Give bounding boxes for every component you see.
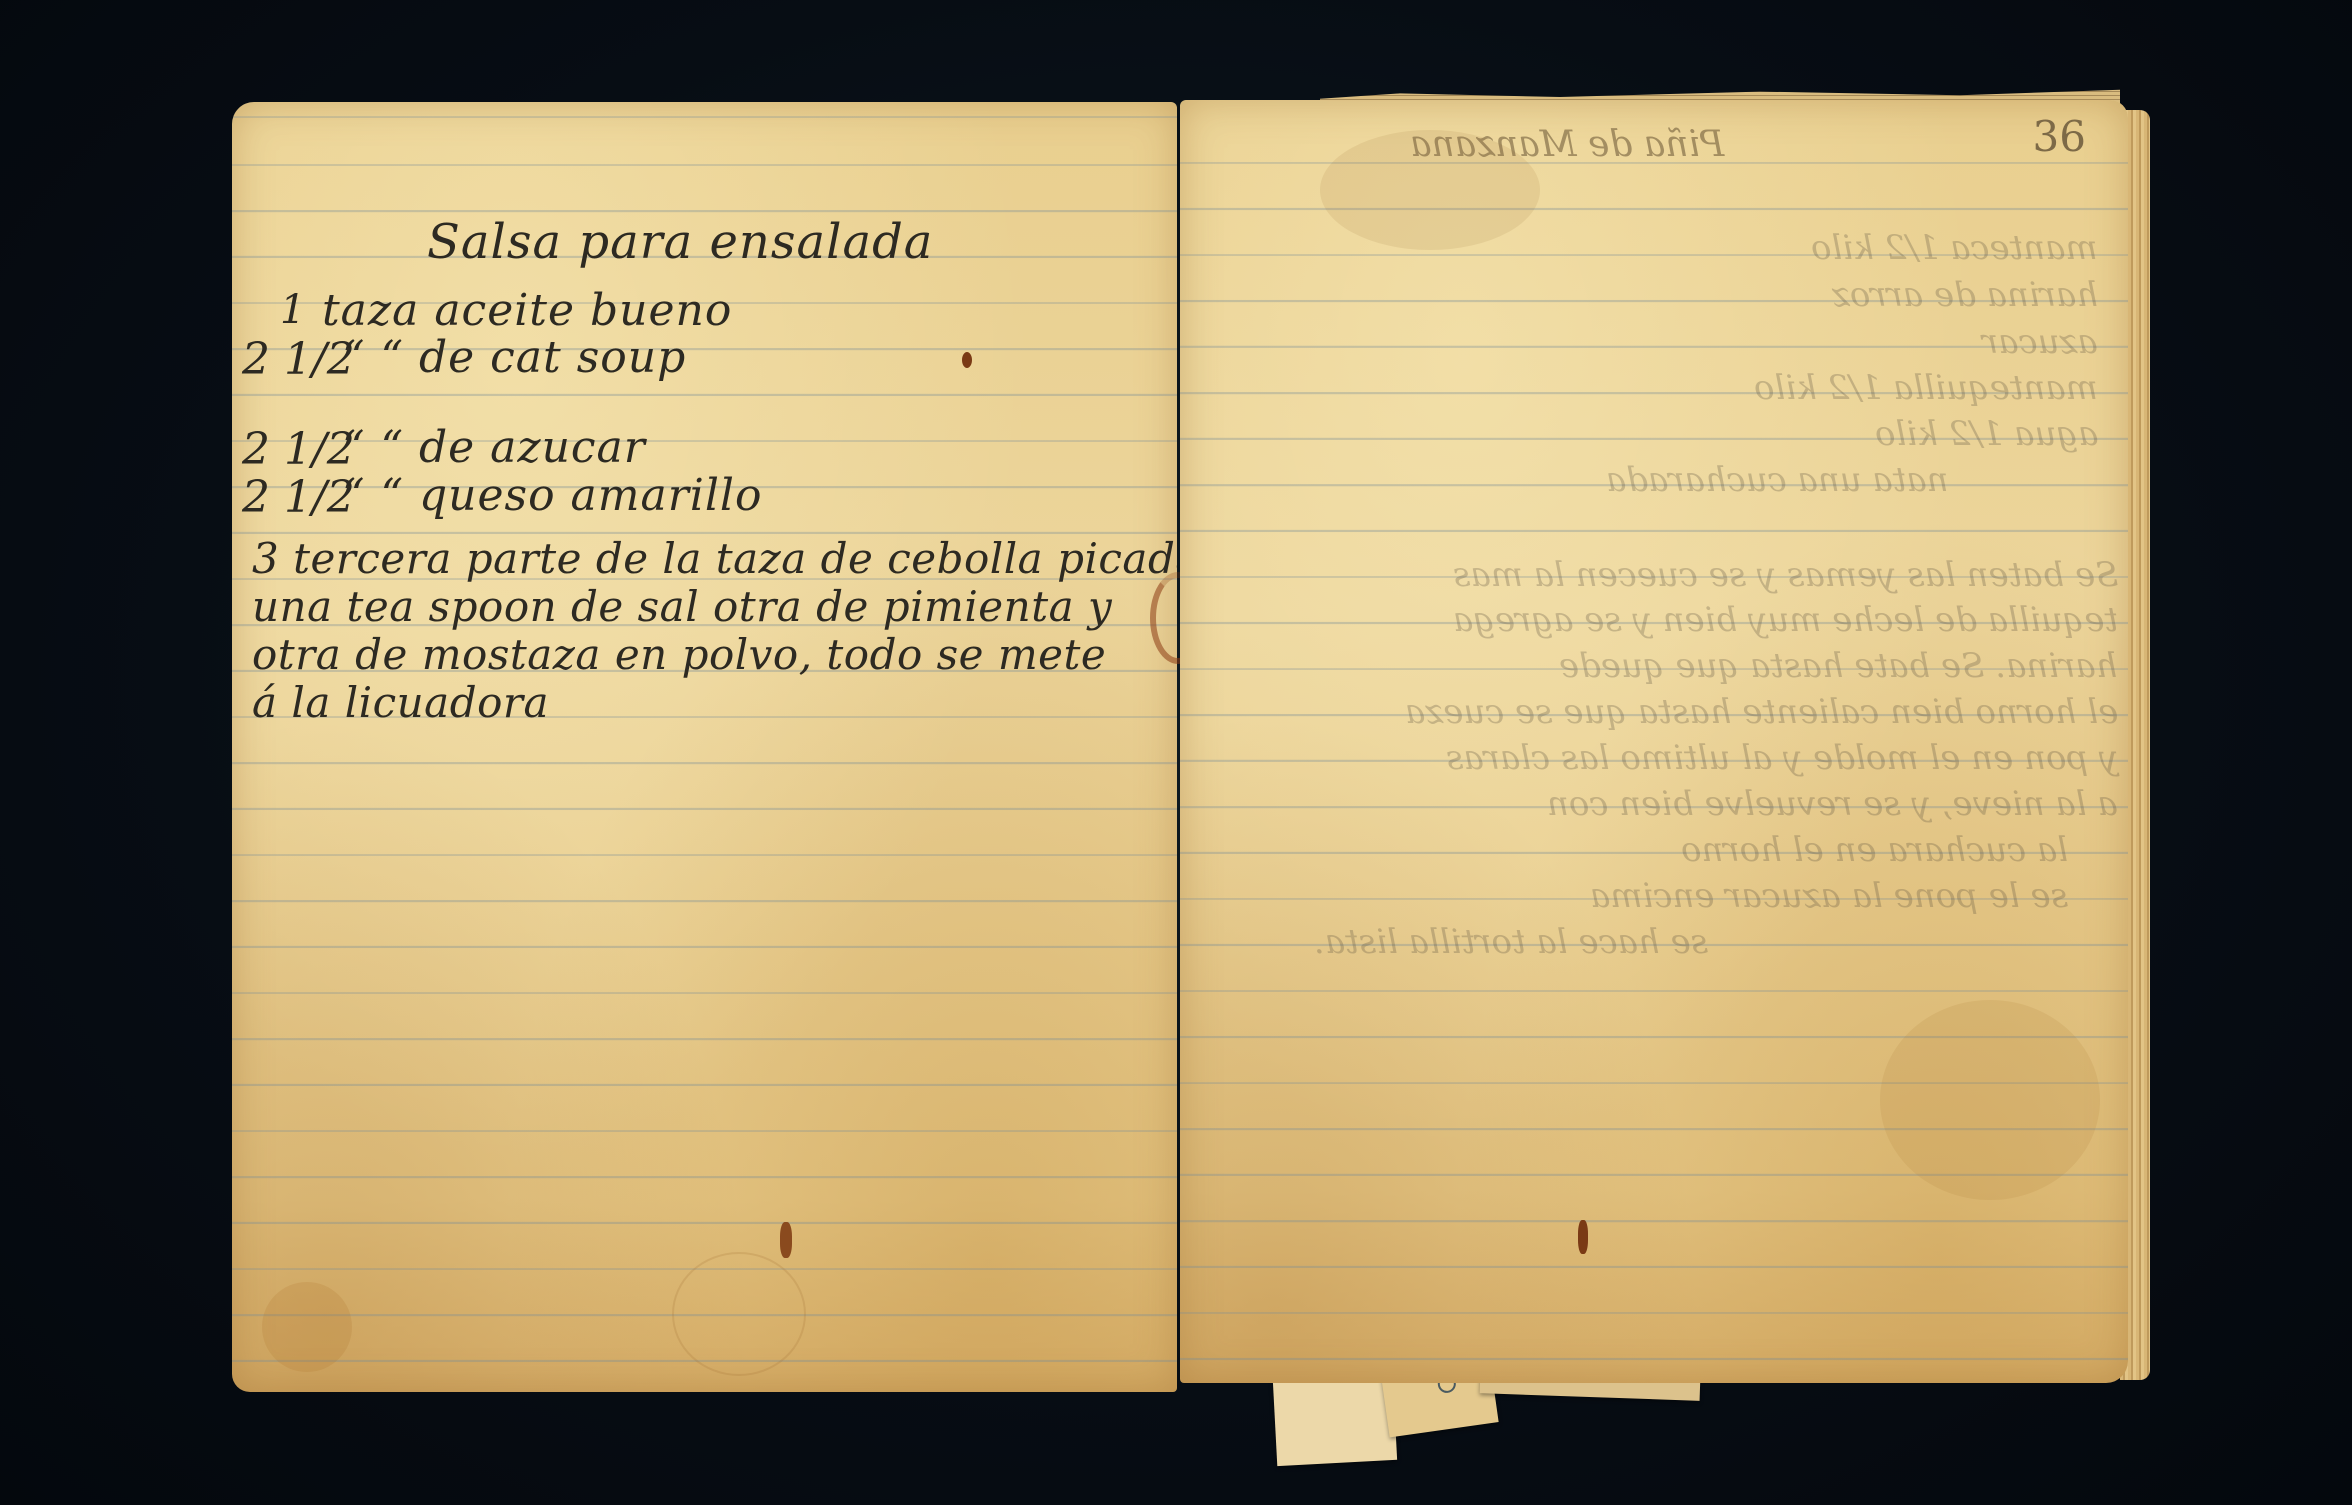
recipe-title: Salsa para ensalada [427,214,933,270]
instruction-line: á la licuadora [252,678,549,727]
ingredient-qty: 1 [280,287,305,333]
ingredient-qty: 2 1/2 [242,472,355,523]
loose-paper-slip [1273,1375,1397,1466]
ingredient-qty: 2 1/2 [242,334,355,385]
ink-spot [1578,1220,1588,1254]
instruction-line: una tea spoon de sal otra de pimienta y [252,582,1112,631]
instruction-line: 3 tercera parte de la taza de cebolla pi… [252,534,1177,583]
ink-spot [780,1222,792,1258]
bleed-through-text: harina de arroz [1832,275,2098,315]
bleed-through-text: se le pone la azucar encima [1590,876,2068,916]
right-page: Piña de Manzana 36 manteca 1/2 kilo hari… [1180,100,2128,1383]
bleed-through-text: agua 1/2 kilo [1875,414,2098,454]
bleed-through-text: harina. Se bate hasta que quede [1559,646,2118,686]
bleed-through-text: Se baten las yemas y se cuecen la mas [1453,555,2118,595]
ingredient-line: taza aceite bueno [322,285,732,336]
water-stain [672,1252,806,1376]
bleed-through-text: manteca 1/2 kilo [1811,228,2098,268]
page-number: 36 [2033,112,2086,161]
left-page: Salsa para ensalada 1 taza aceite bueno … [232,102,1177,1392]
ingredient-line: “ “ de azucar [342,422,646,473]
bleed-through-text: el horno bien caliente hasta que se cuez… [1405,692,2118,732]
bleed-through-text: y pon en el molde y al ultimo las claras [1446,738,2118,778]
bleed-through-text: a la nieve, y se revuelve bien con [1547,784,2118,824]
water-stain [1880,1000,2100,1200]
bleed-through-text: se hace la tortilla lista. [1314,922,1708,962]
bleed-through-text: mantequilla 1/2 kilo [1754,368,2098,408]
ink-spot [962,352,972,368]
bleed-through-text: azucar [1982,322,2098,362]
bleed-through-text: la cuchara en el horno [1681,830,2068,870]
instruction-line: otra de mostaza en polvo, todo se mete [252,630,1106,679]
water-stain [262,1282,352,1372]
ingredient-line: “ “ queso amarillo [342,470,763,521]
water-stain [1320,130,1540,250]
bleed-through-text: nata una cucharada [1606,460,1949,500]
ingredient-line: “ “ de cat soup [342,332,686,383]
bleed-through-text: tequilla de leche muy bien y se agrega [1453,600,2118,640]
ingredient-qty: 2 1/2 [242,424,355,475]
